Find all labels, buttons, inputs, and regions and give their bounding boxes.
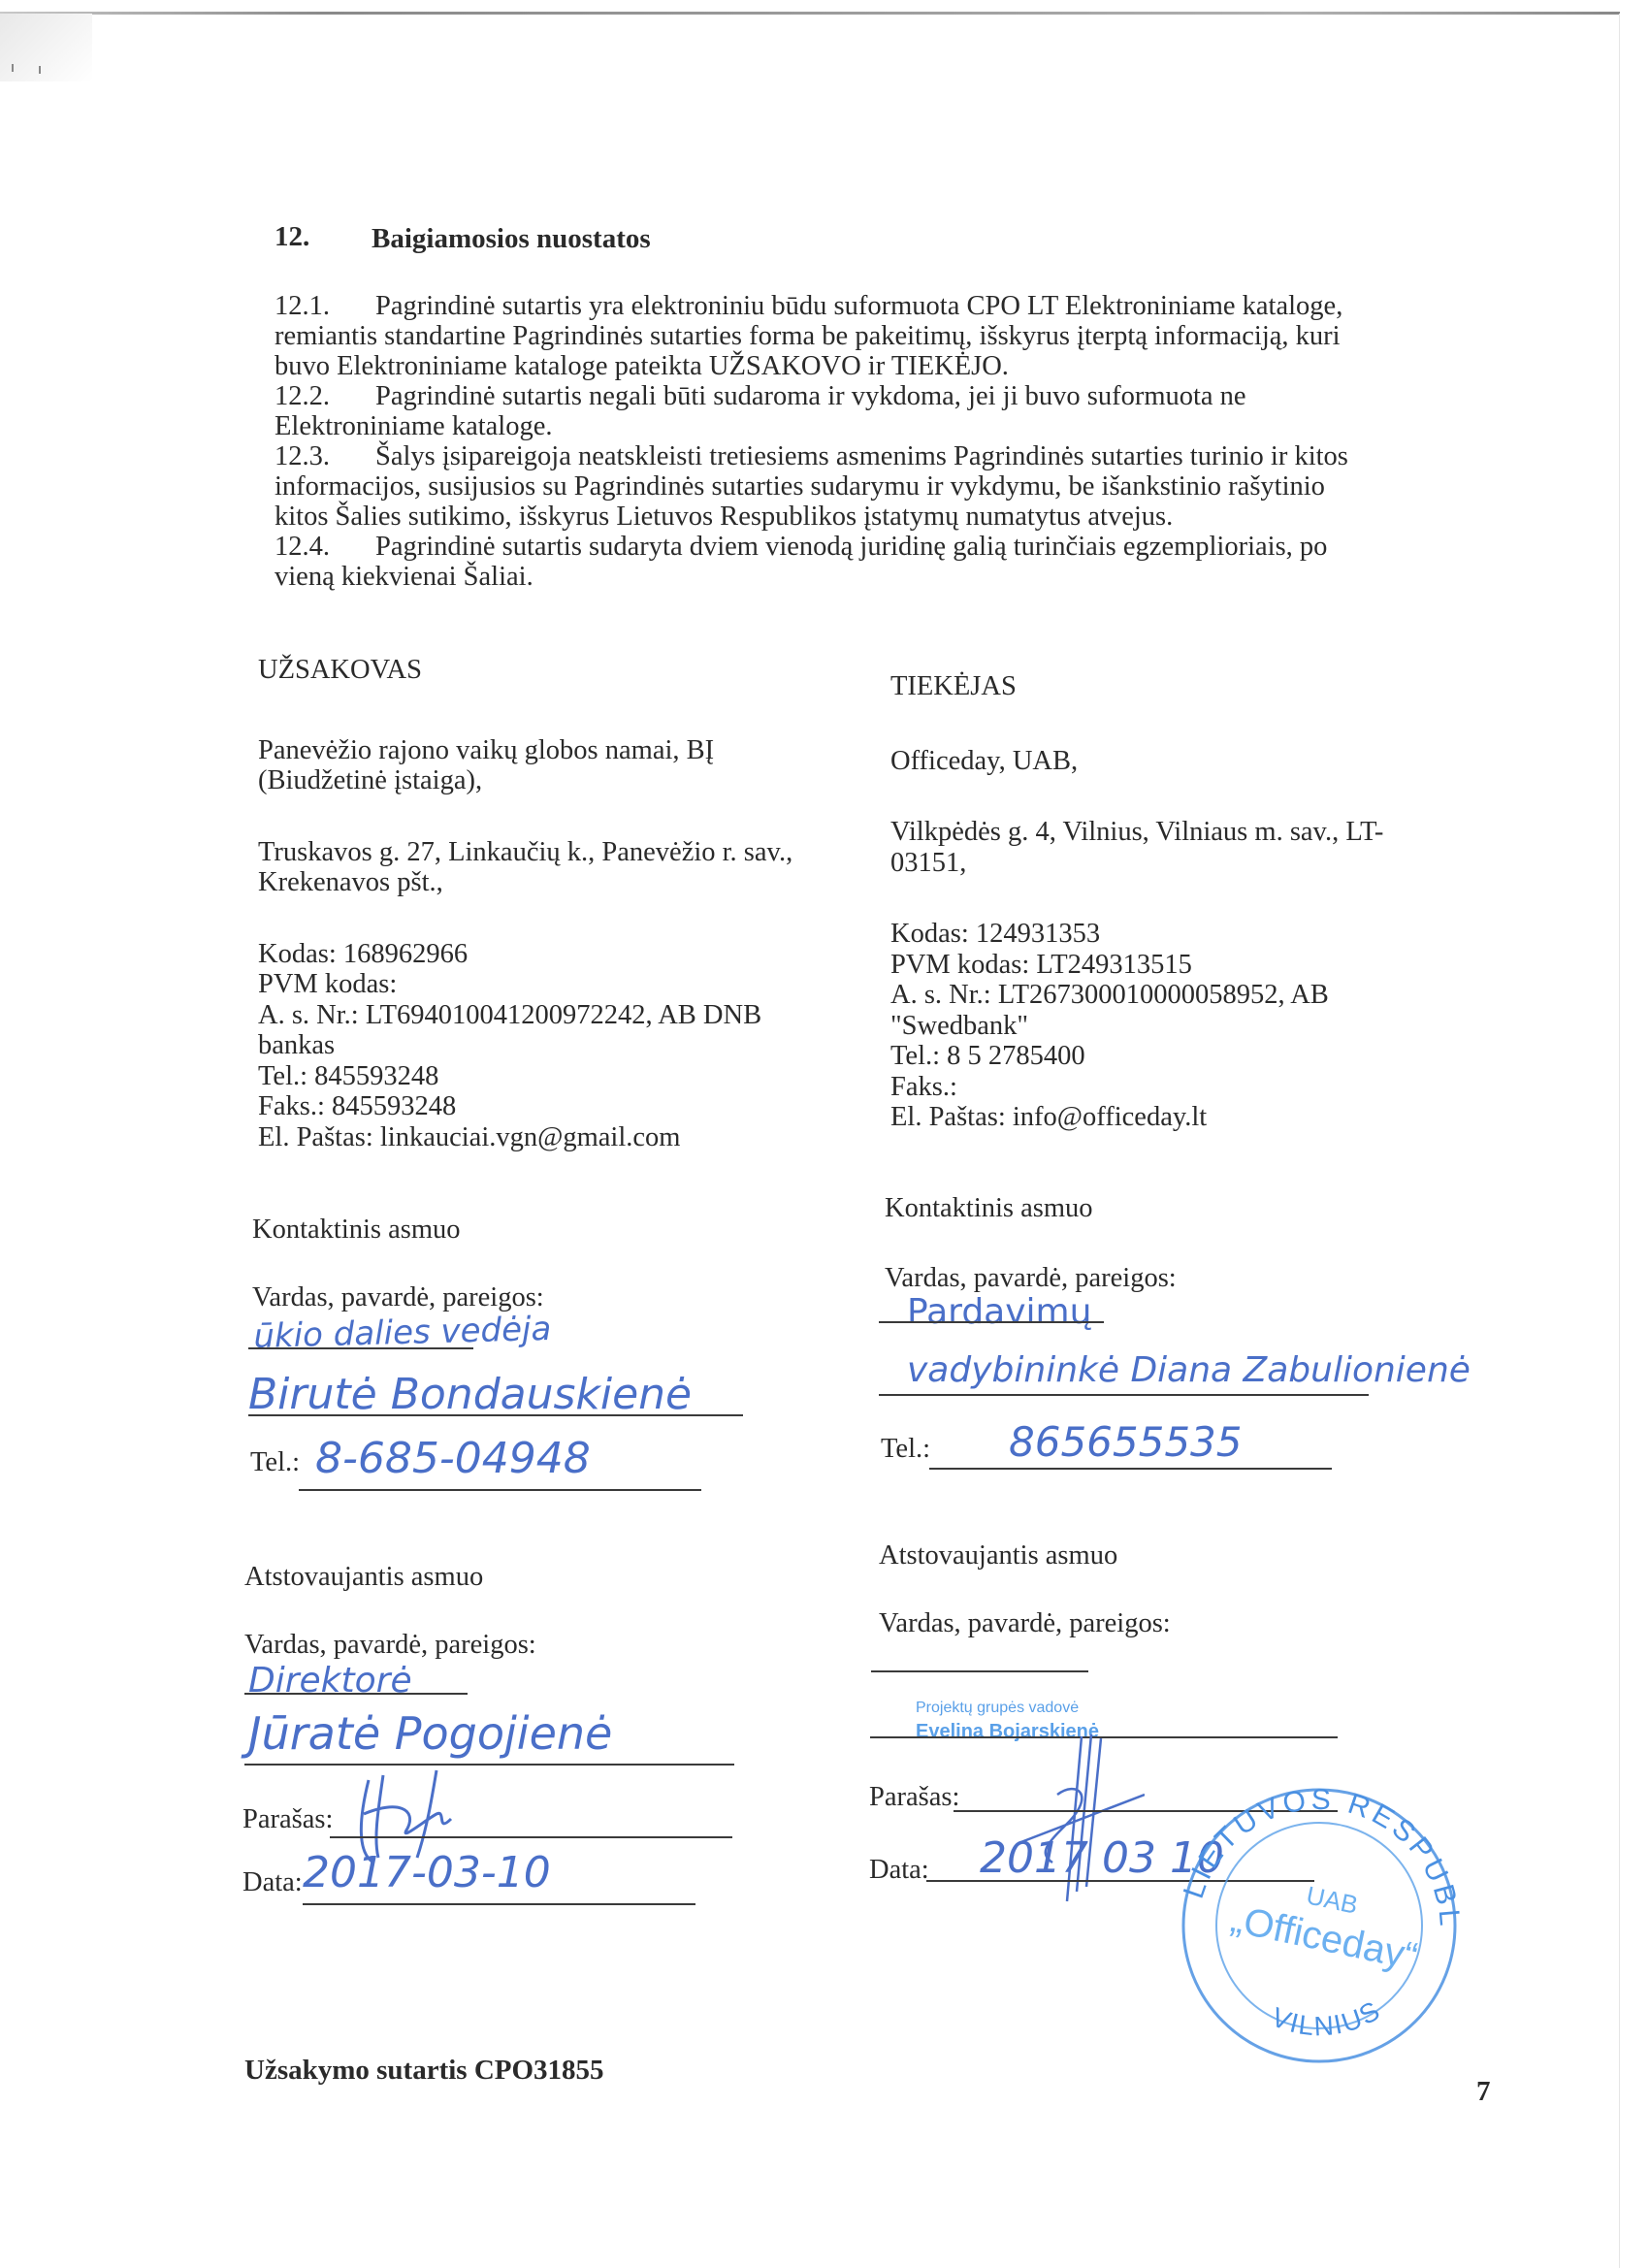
clause-text: vieną kiekvienai Šaliai. bbox=[275, 562, 1487, 592]
clause-text: kitos Šalies sutikimo, išskyrus Lietuvos… bbox=[275, 502, 1487, 532]
customer-email: El. Paštas: linkauciai.vgn@gmail.com bbox=[258, 1122, 792, 1153]
supplier-code: Kodas: 124931353 bbox=[890, 919, 1383, 950]
supplier-vat-code: PVM kodas: LT249313515 bbox=[890, 950, 1383, 981]
customer-details: UŽSAKOVAS Panevėžio rajono vaikų globos … bbox=[258, 655, 792, 1152]
customer-role: UŽSAKOVAS bbox=[258, 655, 792, 686]
customer-contact-phone-handwritten: 8-685-04948 bbox=[315, 1434, 591, 1483]
clause-text: Šalys įsipareigoja neatskleisti tretiesi… bbox=[375, 441, 1348, 471]
customer-fax: Faks.: 845593248 bbox=[258, 1091, 792, 1122]
clause-text: Elektroniniame kataloge. bbox=[275, 411, 1487, 441]
customer-phone: Tel.: 845593248 bbox=[258, 1061, 792, 1092]
section-title: Baigiamosios nuostatos bbox=[372, 223, 651, 255]
signature-line bbox=[879, 1394, 1369, 1396]
signature-line bbox=[299, 1489, 701, 1491]
customer-date-handwritten: 2017-03-10 bbox=[303, 1848, 551, 1897]
svg-text:VILNIUS: VILNIUS bbox=[1268, 1994, 1386, 2041]
customer-representative-name-label: Vardas, pavardė, pareigos: bbox=[244, 1630, 536, 1660]
section-number: 12. bbox=[275, 221, 309, 253]
customer-contact-name-label: Vardas, pavardė, pareigos: bbox=[252, 1282, 544, 1312]
customer-contact-phone-label: Tel.: bbox=[250, 1447, 300, 1477]
signature-line bbox=[248, 1414, 743, 1416]
customer-representative-heading: Atstovaujantis asmuo bbox=[244, 1562, 483, 1592]
clause-text: buvo Elektroniniame kataloge pateikta UŽ… bbox=[275, 351, 1487, 381]
scan-speck bbox=[12, 64, 14, 72]
scan-speck bbox=[39, 66, 41, 74]
customer-name: Panevėžio rajono vaikų globos namai, BĮ bbox=[258, 735, 792, 766]
clause-text: Pagrindinė sutartis sudaryta dviem vieno… bbox=[375, 532, 1327, 562]
customer-signature-label: Parašas: bbox=[242, 1804, 333, 1834]
customer-contact-heading: Kontaktinis asmuo bbox=[252, 1215, 461, 1245]
supplier-contact-name-label: Vardas, pavardė, pareigos: bbox=[885, 1263, 1177, 1293]
customer-date-label: Data: bbox=[242, 1867, 303, 1897]
signature-line bbox=[303, 1903, 695, 1905]
clause-12-3: 12.3.Šalys įsipareigoja neatskleisti tre… bbox=[275, 441, 1487, 532]
clause-number: 12.4. bbox=[275, 532, 375, 562]
supplier-representative-name-label: Vardas, pavardė, pareigos: bbox=[879, 1608, 1171, 1638]
supplier-contact-position-handwritten: Pardavimų bbox=[907, 1292, 1091, 1332]
clause-number: 12.3. bbox=[275, 441, 375, 471]
supplier-contact-phone-handwritten: 865655535 bbox=[1009, 1418, 1243, 1466]
customer-contact-name-handwritten: Birutė Bondauskienė bbox=[248, 1370, 692, 1419]
supplier-fax: Faks.: bbox=[890, 1072, 1383, 1103]
signature-line bbox=[330, 1836, 732, 1838]
footer-contract-id: Užsakymo sutartis CPO31855 bbox=[244, 2055, 604, 2087]
customer-representative-position-handwritten: Direktorė bbox=[248, 1661, 412, 1701]
supplier-signature-icon bbox=[1009, 1727, 1145, 1911]
supplier-address: Vilkpėdės g. 4, Vilnius, Vilniaus m. sav… bbox=[890, 817, 1383, 848]
signature-line bbox=[929, 1468, 1332, 1470]
signature-line bbox=[244, 1764, 734, 1766]
supplier-email: El. Paštas: info@officeday.lt bbox=[890, 1102, 1383, 1133]
supplier-address: 03151, bbox=[890, 848, 1383, 879]
customer-contact-position-handwritten: ūkio dalies vedėja bbox=[253, 1310, 552, 1356]
page-number: 7 bbox=[1476, 2076, 1491, 2108]
seal-bottom-text: VILNIUS bbox=[1268, 1994, 1386, 2041]
supplier-contact-name-handwritten: vadybininkė Diana Zabulionienė bbox=[907, 1350, 1471, 1390]
supplier-role: TIEKĖJAS bbox=[890, 671, 1383, 702]
customer-account: bankas bbox=[258, 1030, 792, 1061]
clause-text: remiantis standartine Pagrindinės sutart… bbox=[275, 321, 1487, 351]
clause-text: Pagrindinė sutartis yra elektroniniu būd… bbox=[375, 291, 1342, 321]
supplier-signature-label: Parašas: bbox=[869, 1782, 959, 1812]
customer-account: A. s. Nr.: LT694010041200972242, AB DNB bbox=[258, 1000, 792, 1031]
clause-text: informacijos, susijusios su Pagrindinės … bbox=[275, 471, 1487, 502]
clause-12-1: 12.1.Pagrindinė sutartis yra elektronini… bbox=[275, 291, 1487, 381]
customer-code: Kodas: 168962966 bbox=[258, 939, 792, 970]
signature-line bbox=[871, 1670, 1088, 1672]
customer-representative-name-handwritten: Jūratė Pogojienė bbox=[248, 1707, 612, 1760]
customer-vat-code: PVM kodas: bbox=[258, 969, 792, 1000]
supplier-phone: Tel.: 8 5 2785400 bbox=[890, 1041, 1383, 1072]
signature-line bbox=[248, 1347, 473, 1349]
supplier-account: "Swedbank" bbox=[890, 1011, 1383, 1042]
supplier-representative-heading: Atstovaujantis asmuo bbox=[879, 1540, 1117, 1571]
customer-address: Truskavos g. 27, Linkaučių k., Panevėžio… bbox=[258, 837, 792, 868]
signature-line bbox=[879, 1321, 1104, 1323]
scan-shadow bbox=[0, 14, 92, 81]
supplier-contact-heading: Kontaktinis asmuo bbox=[885, 1193, 1093, 1223]
clause-12-4: 12.4.Pagrindinė sutartis sudaryta dviem … bbox=[275, 532, 1487, 592]
supplier-name: Officeday, UAB, bbox=[890, 746, 1383, 777]
supplier-contact-phone-label: Tel.: bbox=[881, 1434, 930, 1464]
supplier-details: TIEKĖJAS Officeday, UAB, Vilkpėdės g. 4,… bbox=[890, 671, 1383, 1133]
clause-number: 12.2. bbox=[275, 381, 375, 411]
clause-number: 12.1. bbox=[275, 291, 375, 321]
company-seal-icon: LIETUVOS RESPUBLIKA UAB „Officeday“ VILN… bbox=[1159, 1766, 1479, 2066]
customer-name: (Biudžetinė įstaiga), bbox=[258, 765, 792, 796]
clause-text: Pagrindinė sutartis negali būti sudaroma… bbox=[375, 381, 1246, 411]
customer-address: Krekenavos pšt., bbox=[258, 867, 792, 898]
signature-line bbox=[244, 1693, 468, 1695]
supplier-date-label: Data: bbox=[869, 1855, 929, 1885]
scan-edge-right bbox=[1619, 14, 1620, 2268]
scan-edge bbox=[0, 12, 1620, 15]
supplier-account: A. s. Nr.: LT267300010000058952, AB bbox=[890, 980, 1383, 1011]
supplier-stamp-position: Projektų grupės vadovė bbox=[916, 1700, 1079, 1717]
clause-12-2: 12.2.Pagrindinė sutartis negali būti sud… bbox=[275, 381, 1487, 441]
